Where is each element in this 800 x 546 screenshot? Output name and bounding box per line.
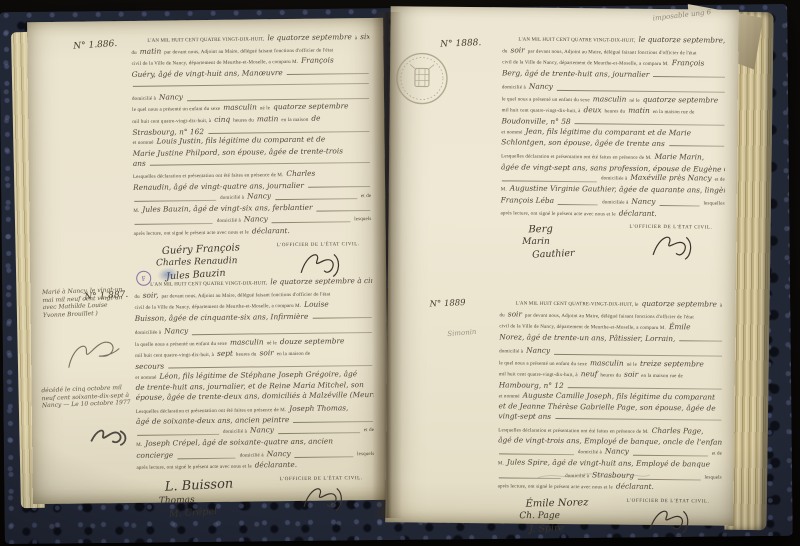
signature-block: L. BuissonThomasM. CrépelL'Officier de l… [137, 476, 375, 520]
record-line: après lecture, ont signé le présent acte… [134, 225, 372, 240]
ruled-fill-line [317, 210, 371, 212]
witness-signatures: BergMarinGauthier [528, 224, 571, 260]
handwritten-text: six [360, 32, 369, 42]
signature: M. Crépel [169, 505, 238, 520]
printed-form-text: en la maison rue de [653, 108, 695, 118]
printed-form-text: et nommé [501, 128, 522, 138]
ruled-fill-line [312, 317, 371, 319]
printed-form-text: né le [629, 96, 639, 106]
pencil-margin-word: Simonin [447, 328, 477, 338]
signature: Ch. Page [519, 511, 582, 521]
handwritten-text: déclarante. [255, 460, 298, 470]
ruled-fill-line [554, 354, 722, 357]
printed-form-text: et de [364, 426, 374, 436]
birth-record-1887: N° 1.887.L'AN MIL HUIT CENT QUATRE VINGT… [134, 276, 375, 520]
handwritten-text: concierge [136, 450, 173, 460]
handwritten-text: matin [140, 46, 162, 56]
pencil-scribble-icon [534, 466, 654, 485]
ruled-fill-line [295, 456, 353, 458]
signature: J. Spire [529, 521, 592, 535]
officer-signature-flourish [646, 231, 696, 262]
ruled-fill-line [558, 204, 598, 205]
handwritten-text: Nancy [247, 191, 271, 201]
handwritten-text: cinq [214, 115, 230, 125]
handwritten-text: Nancy [250, 425, 274, 435]
ink-paraph-dark-icon [88, 425, 132, 448]
handwritten-text: neuf [581, 369, 598, 379]
printed-form-text: en la maison [281, 116, 308, 126]
handwritten-text: masculin [223, 103, 257, 113]
ruled-fill-line [208, 131, 369, 134]
officer-label: L'Officier de l'État Civil. [277, 242, 360, 248]
handwritten-text: Nancy [159, 92, 183, 102]
birth-record-1886: N° 1.886.L'AN MIL HUIT CENT QUATRE VINGT… [131, 32, 372, 286]
record-body: L'AN MIL HUIT CENT QUATRE VINGT-DIX-HUIT… [500, 33, 726, 221]
printed-form-text: et nommé [135, 373, 156, 383]
printed-form-text: né le [260, 104, 270, 114]
officer-signature-flourish [296, 482, 346, 513]
handwritten-text: Nancy [164, 326, 188, 336]
handwritten-text: Charles Page, [652, 426, 704, 436]
ruled-fill-line [653, 76, 725, 78]
printed-form-text: L'AN MIL HUIT CENT QUATRE-VINGT-DIX-HUIT… [516, 300, 639, 311]
printed-form-text: après lecture, ont signé le présent acte… [136, 463, 251, 474]
handwritten-text: Buisson, âgée de cinquante-six ans, Infi… [135, 312, 309, 324]
officer-area: L'Officier de l'État Civil. [280, 476, 376, 518]
printed-form-text: heures du [600, 372, 621, 382]
handwritten-text: Joseph Crépel, âgé de soixante-quatre an… [145, 436, 333, 448]
signature: Marin [522, 237, 565, 247]
printed-form-text: et nommé [499, 392, 520, 402]
handwritten-text: Berg, âgé de trente-huit ans, journalier [502, 68, 649, 79]
handwritten-text: soir [259, 348, 273, 358]
printed-form-text: domicilié à [223, 428, 247, 438]
handwritten-text: deux [583, 105, 601, 115]
ruled-fill-line [187, 98, 369, 101]
handwritten-text: quatorze septembre [643, 94, 718, 104]
handwritten-text: masculin [590, 358, 624, 368]
handwritten-text: Norez, âgé de trente-un ans, Pâtissier, … [499, 332, 675, 344]
record-line: après lecture, ont signé le présent acte… [136, 459, 374, 474]
signature-block: Émile NorezCh. PageJ. SpireL'Officier de… [497, 497, 721, 540]
handwritten-text: déclarant. [619, 208, 657, 218]
record-body: L'AN MIL HUIT CENT QUATRE VINGT-DIX-HUIT… [131, 32, 371, 240]
ruled-fill-line [575, 123, 725, 126]
handwritten-text: Maxéville près Nancy [630, 173, 711, 184]
printed-form-text: M. [498, 459, 504, 469]
handwritten-text: masculin [230, 337, 264, 347]
printed-form-text: par devant nous, Adjoint au Maire, délég… [525, 311, 694, 322]
handwritten-text: de [311, 114, 320, 124]
handwritten-text: Nancy [631, 197, 655, 207]
ruled-fill-line [308, 186, 370, 188]
ruled-fill-line [557, 90, 725, 93]
handwritten-text: Louise [304, 300, 329, 310]
handwritten-text: Nancy [605, 447, 629, 457]
printed-form-text: M. [133, 206, 139, 216]
handwritten-text: soir, [143, 290, 159, 300]
handwritten-text: Charles [286, 169, 315, 179]
ruled-fill-line [135, 223, 213, 225]
record-line: L'AN MIL HUIT CENT QUATRE VINGT-DIX-HUIT… [502, 33, 726, 47]
printed-form-text: domicilié à [578, 448, 602, 458]
pencil-annotation-top: imposable ung 6 [652, 8, 711, 22]
handwritten-text: Auguste Camille Joseph, fils légitime du… [523, 390, 715, 402]
signature: Émile Norez [525, 497, 588, 510]
handwritten-text: Nancy [267, 449, 291, 459]
record-line: épouse, âgée de trente-deux ans, domicil… [136, 390, 374, 403]
printed-form-text: et nommé [133, 139, 154, 149]
handwritten-text: Boudonville, n° 58 [501, 116, 570, 126]
ruled-fill-line [134, 200, 216, 202]
printed-form-text: M. [136, 441, 142, 451]
ruled-fill-line [293, 421, 373, 423]
ruled-fill-line [659, 205, 699, 206]
handwritten-text: Guéry, âgé de vingt-huit ans, Manœuvre [132, 68, 283, 80]
ruled-fill-line [499, 454, 574, 456]
record-line: L'AN MIL HUIT CENT QUATRE-VINGT-DIX-HUIT… [500, 297, 724, 311]
handwritten-text: le quatorze septembre, deux heures [638, 35, 726, 46]
printed-form-text: à [355, 34, 357, 44]
ruled-fill-line [679, 340, 722, 341]
handwritten-text: Nancy [529, 81, 553, 91]
printed-form-text: domiciliée à [601, 175, 627, 185]
handwritten-text: Nancy [244, 215, 268, 225]
handwritten-text: soir [511, 45, 525, 55]
handwritten-text: Augustine Virginie Gauthier, âgée de qua… [510, 184, 725, 196]
handwritten-text: épouse, âgée de trente-deux ans, domicil… [136, 390, 374, 403]
witness-signatures: Émile NorezCh. PageJ. Spire [525, 498, 588, 535]
handwritten-text: matin [628, 106, 650, 116]
printed-form-text: du [502, 47, 507, 57]
record-line: Schlontgen, son épouse, âgée de trente a… [501, 138, 725, 150]
record-body: L'AN MIL HUIT CENT QUATRE VINGT-DIX-HUIT… [134, 276, 374, 474]
handwritten-text: François Léba [501, 195, 554, 205]
ruled-fill-line [287, 73, 369, 75]
ruled-fill-line [669, 146, 724, 148]
printed-form-text: M. [501, 185, 507, 195]
printed-form-text: du [131, 49, 136, 59]
printed-form-text: domicilié à [217, 217, 241, 227]
handwritten-text: François [301, 56, 334, 66]
handwritten-text: matin [257, 114, 279, 124]
printed-form-text: du [134, 293, 139, 303]
handwritten-text: Jules Bauzin, âgé de vingt-six ans, ferb… [142, 202, 312, 214]
record-line: dusoirpar devant nous, Adjoint au Maire,… [502, 45, 726, 59]
handwritten-text: soir [508, 309, 522, 319]
stamp-f-letter: F [141, 274, 146, 282]
handwritten-text: treize septembre [640, 358, 704, 368]
handwritten-text: Léon, fils légitime de Stéphane Joseph G… [159, 369, 357, 381]
printed-form-text: heures du [233, 116, 254, 126]
signature: Thomas [159, 494, 228, 506]
printed-form-text: domicilié à [220, 193, 244, 203]
ruled-fill-line [133, 83, 369, 87]
record-line: Norez, âgé de trente-un ans, Pâtissier, … [499, 332, 723, 344]
printed-form-text: la quelle nous a présenté un enfant du s… [135, 339, 227, 350]
printed-form-text: L'AN MIL HUIT CENT QUATRE VINGT-DIX-HUIT… [518, 36, 635, 47]
printed-form-text: lesquels [704, 473, 721, 483]
ruled-fill-line [192, 332, 372, 335]
page-left: N° 1.886.L'AN MIL HUIT CENT QUATRE VINGT… [27, 18, 389, 504]
handwritten-text: Émile [669, 323, 691, 333]
photo-of-register: N° 1.886.L'AN MIL HUIT CENT QUATRE VINGT… [0, 0, 800, 546]
printed-form-text: lesquels [357, 450, 374, 460]
printed-form-text: le quel nous a présenté un enfant du sex… [132, 105, 220, 116]
handwritten-text: Hambourg, n° 12 [499, 380, 564, 390]
officer-signature-flourish [643, 505, 693, 536]
printed-form-text: et de [712, 450, 722, 460]
printed-form-text: en la maison de [277, 350, 311, 360]
record-line: dusoirpar devant nous, Adjoint au Maire,… [499, 309, 723, 323]
printed-form-text: après lecture, ont signé le présent acte… [134, 228, 249, 239]
handwritten-text: Schlontgen, son épouse, âgée de trente a… [501, 138, 665, 149]
ruled-fill-line [633, 455, 708, 457]
handwritten-text: vingt-sept ans [498, 411, 551, 421]
ruled-fill-line [502, 180, 597, 182]
printed-form-text: né le [267, 339, 277, 349]
officer-label: L'Officier de l'État Civil. [629, 225, 712, 231]
margin-note-marriage: Marié à Nancy, le vingt-un mai mil neuf … [42, 286, 129, 320]
printed-form-text: domiciliée à [135, 328, 161, 338]
printed-form-text: domiciliée à [602, 198, 628, 208]
handwritten-text: soir [624, 370, 638, 380]
handwritten-text: François [672, 59, 705, 69]
handwritten-text: Marie Marin, [655, 152, 705, 162]
printed-form-text: le quel nous a présenté un enfant du sex… [499, 359, 587, 370]
printed-form-text: domicilié à [132, 94, 156, 104]
margin-note-death: décédé le cinq octobre mil neuf cent soi… [41, 384, 134, 410]
signature: Berg [528, 224, 571, 236]
ruled-fill-line [275, 198, 357, 200]
embossed-seal-icon [394, 48, 451, 109]
ruled-fill-line [272, 222, 350, 224]
handwritten-text: masculin [593, 94, 627, 104]
ruled-fill-line [177, 457, 235, 459]
printed-form-text: du [499, 311, 504, 321]
handwritten-text: Jean, fils légitime du comparant et de M… [525, 126, 691, 137]
officer-area: L'Officier de l'État Civil. [629, 225, 724, 267]
ink-paraph-icon [59, 330, 126, 375]
ruled-fill-line [137, 434, 219, 436]
printed-form-text: heures du [604, 108, 625, 118]
printed-form-text: mil huit cent quatre-vingt-dix-huit, à [135, 351, 214, 362]
handwritten-text: Joseph Thomas, [289, 403, 348, 413]
ruled-fill-line [278, 432, 360, 434]
officer-label: L'Officier de l'État Civil. [626, 499, 709, 505]
printed-form-text: après lecture, ont signé le présent acte… [500, 209, 615, 220]
printed-form-text: né le [627, 360, 637, 370]
officer-area: L'Officier de l'État Civil. [626, 499, 721, 541]
ruled-fill-line [555, 418, 721, 421]
handwritten-text: douze septembre [280, 336, 345, 346]
signature: Guéry François [162, 242, 244, 257]
record-number: N° 1889 [429, 298, 465, 310]
handwritten-text: secours [135, 361, 164, 371]
handwritten-text: déclarant. [252, 226, 290, 236]
handwritten-text: ans [133, 158, 146, 168]
printed-form-text: domicilié à [240, 451, 264, 461]
handwritten-text: Louis Justin, fils légitime du comparant… [157, 135, 326, 147]
printed-form-text: le quel nous a présenté un enfant du sex… [502, 95, 590, 106]
signature: Gauthier [532, 248, 575, 261]
printed-form-text: domicilié à [499, 347, 523, 357]
signature: L. Buisson [164, 476, 233, 494]
printed-form-text: et de [715, 176, 725, 186]
ruled-fill-line [150, 162, 370, 166]
handwritten-text: quatorze septembre [273, 101, 348, 112]
printed-form-text: domicilié à [502, 83, 526, 93]
officer-label: L'Officier de l'État Civil. [280, 476, 363, 482]
record-line: Berg, âgé de trente-huit ans, journalier [502, 68, 726, 80]
record-line: Buisson, âgée de cinquante-six ans, Infi… [135, 311, 373, 324]
birth-record-1888: N° 1888.L'AN MIL HUIT CENT QUATRE VINGT-… [500, 33, 726, 267]
birth-record-1889: N° 1889L'AN MIL HUIT CENT QUATRE-VINGT-D… [497, 297, 724, 540]
record-number: N° 1.886. [73, 39, 117, 52]
officer-signature-flourish [293, 248, 343, 279]
printed-form-text: en la maison rue de [641, 372, 683, 382]
printed-form-text: à [720, 302, 722, 312]
handwritten-text: le quatorze septembre à cinq heures [270, 276, 372, 287]
ruled-fill-line [568, 387, 722, 390]
handwritten-text: quatorze septembre [642, 299, 717, 309]
printed-form-text: par devant nous, Adjoint au Maire, délég… [528, 47, 697, 58]
page-right: N° 1888.L'AN MIL HUIT CENT QUATRE VINGT-… [385, 6, 738, 526]
record-line: après lecture, ont signé le présent acte… [500, 207, 724, 221]
handwritten-text: Nancy [526, 345, 550, 355]
printed-form-text: heures du [236, 351, 257, 361]
printed-form-text: et de [361, 192, 371, 202]
printed-form-text: L'AN MIL HUIT CENT QUATRE VINGT-DIX-HUIT… [147, 35, 264, 46]
witness-signatures: L. BuissonThomasM. Crépel [165, 478, 234, 519]
handwritten-text: le quatorze septembre [267, 32, 352, 43]
printed-form-text: lesquels [354, 215, 371, 225]
printed-form-text: lesquelles [703, 199, 724, 209]
signature-block: BergMarinGauthierL'Officier de l'État Ci… [500, 224, 724, 267]
record-body: L'AN MIL HUIT CENT QUATRE-VINGT-DIX-HUIT… [498, 297, 724, 494]
handwritten-text: sept [217, 349, 233, 359]
